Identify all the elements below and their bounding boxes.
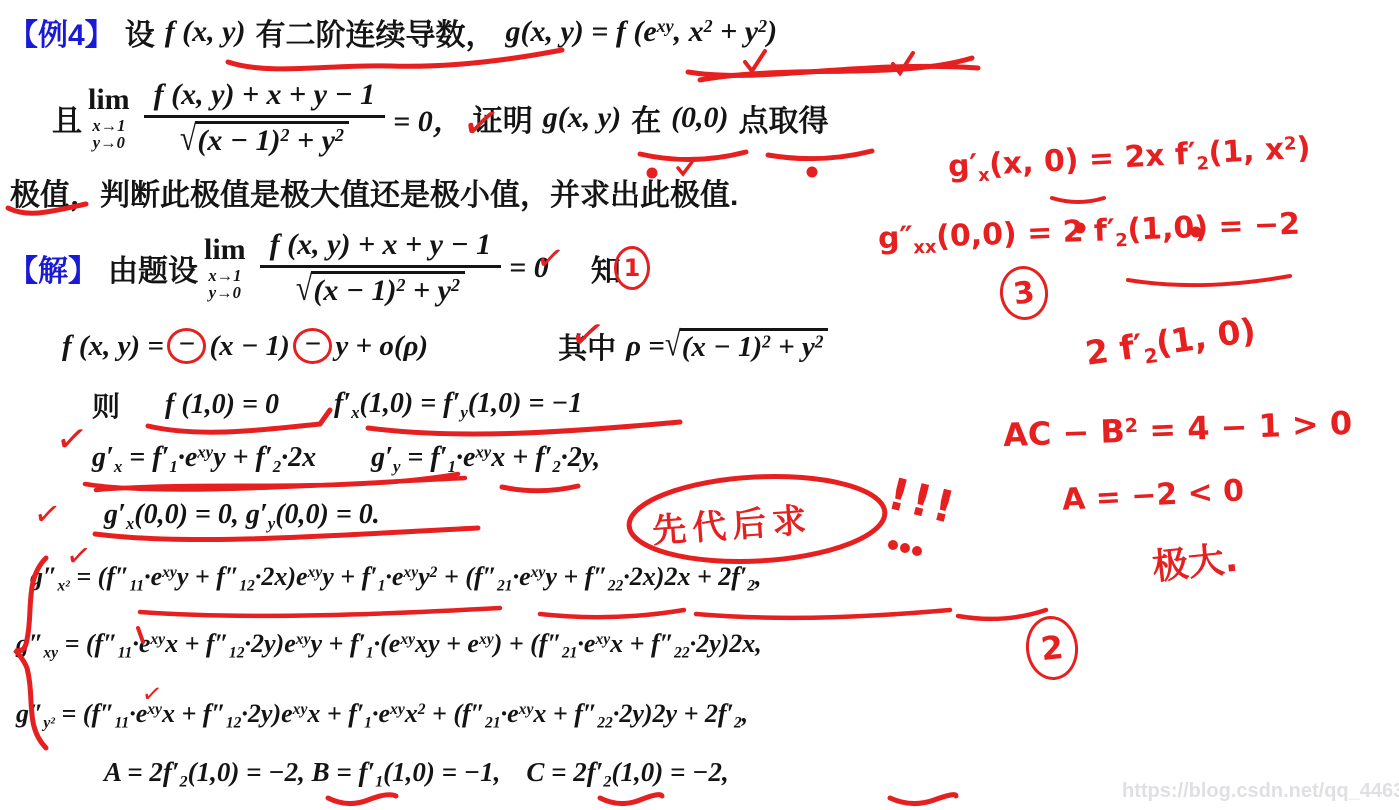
handwritten-maximum: 极大. — [1150, 531, 1241, 591]
solution-line-6: g″x² = (f″11·exyy + f″12·2x)exyy + f′1·e… — [30, 562, 762, 595]
math-gxy: g(x, y) — [543, 101, 621, 135]
red-checkmark-5: ✓ — [32, 496, 63, 531]
radical-sign: √ — [180, 121, 196, 157]
fraction-denominator: √ (x − 1)2 + y2 — [180, 118, 349, 159]
solution-line-9: A = 2f′2(1,0) = −2, B = f′1(1,0) = −1, C… — [104, 757, 729, 792]
problem-line-1: 【例4】 设 f (x, y) 有二阶连续导数， g(x, y) = f (ex… — [8, 10, 777, 54]
radical-2-body: (x − 1)2 + y2 — [311, 271, 465, 309]
red-underline-gxx-3 — [696, 610, 950, 618]
math-gxy-second: g″xy = (f″11·exyx + f″12·2y)exyy + f′1·(… — [16, 629, 762, 662]
radical: √ (x − 1)2 + y2 — [180, 121, 349, 159]
solution-line-4: g′x = f′1·exyy + f′2·2x g′y = f′1·exyx +… — [92, 442, 600, 477]
math-g-definition: g(x, y) = f (exy, x2 + y2) — [505, 15, 777, 49]
handwritten-gxx-00: g″xx(0,0) = 2 f′2(1,0) = −2 — [877, 207, 1300, 260]
fraction-2: f (x, y) + x + y − 1 √ (x − 1)2 + y2 — [260, 228, 501, 309]
math-partials: f′x(1,0) = f′y(1,0) = −1 — [334, 388, 582, 423]
handwritten-a-negative: A = −2 < 0 — [1061, 473, 1245, 517]
math-gy-prime: g′y = f′1·exyx + f′2·2y, — [371, 442, 600, 477]
red-check-gdef-2 — [893, 53, 913, 73]
math-A-B: A = 2f′2(1,0) = −2, B = f′1(1,0) = −1, — [104, 757, 500, 792]
circled-number-1: 1 — [614, 246, 650, 290]
solution-line-7: g″xy = (f″11·exyx + f″12·2y)exyy + f′1·(… — [16, 629, 762, 662]
red-underline-hw-f2 — [1128, 276, 1290, 285]
math-x-minus-1: (x − 1) — [209, 330, 289, 363]
red-checkmark-1: ✓ — [458, 97, 504, 149]
solution-line-1: 【解】 由题设 lim x→1 y→0 f (x, y) + x + y − 1… — [8, 222, 621, 314]
solution-line-3: 则 f (1,0) = 0 f′x(1,0) = f′y(1,0) = −1 — [92, 385, 582, 425]
red-underline-gx-1 — [85, 478, 465, 490]
red-checkmark-3: ✓ — [567, 311, 609, 358]
radical-3-sign: √ — [665, 328, 681, 363]
limit-sub-y-2: y→0 — [209, 285, 241, 302]
red-bang-dot-3 — [915, 549, 920, 554]
red-checkmark-7: ✓ — [140, 681, 163, 708]
red-checkmark-6: ✓ — [64, 540, 93, 573]
math-f-expansion-lhs: f (x, y) = — [62, 330, 164, 363]
solution-line-5: g′x(0,0) = 0, g′y(0,0) = 0. — [104, 499, 380, 534]
text-from-given: 由题设 — [108, 246, 198, 290]
math-rho-equals: ρ = — [626, 330, 665, 363]
limit-word: lim — [88, 85, 130, 115]
red-underline-gxx-1 — [140, 608, 500, 616]
problem-line-2: 且 lim x→1 y→0 f (x, y) + x + y − 1 √ (x … — [52, 70, 829, 166]
math-gx-gy-zero: g′x(0,0) = 0, g′y(0,0) = 0. — [104, 499, 380, 534]
math-gyy: g″y² = (f″11·exyx + f″12·2y)exyx + f′1·e… — [16, 699, 748, 732]
math-equals-zero: = 0， — [393, 96, 463, 140]
red-underline-hw-2x — [1052, 198, 1104, 202]
radical-3: √ (x − 1)2 + y2 — [665, 328, 829, 364]
text-attains: 点取得 — [739, 96, 829, 140]
fraction-numerator: f (x, y) + x + y − 1 — [144, 78, 385, 119]
red-bang-dot-1 — [891, 543, 896, 548]
circled-minus-2: − — [293, 328, 333, 364]
limit-sub-y: y→0 — [93, 135, 125, 152]
math-y-little-o: y + o(ρ) — [335, 330, 428, 363]
solution-tag: 【解】 — [8, 246, 98, 290]
handwritten-substitute-first: 先代后求 — [650, 492, 813, 552]
limit-subscript: x→1 y→0 — [92, 118, 125, 151]
limit-block-2: lim x→1 y→0 — [204, 235, 246, 301]
handwritten-ac-b2: AC − B2 = 4 − 1 > 0 — [1002, 404, 1352, 454]
red-wavy-C-value — [890, 795, 956, 804]
fraction-2-numerator: f (x, y) + x + y − 1 — [260, 228, 501, 269]
red-underline-gy — [502, 486, 578, 491]
watermark: https://blog.csdn.net/qq_44631615 — [1122, 780, 1399, 803]
math-gx-prime: g′x = f′1·exyy + f′2·2x — [92, 442, 316, 477]
text-zai: 在 — [631, 96, 661, 140]
red-checkmark-4: ✓ — [54, 418, 91, 460]
text-she: 设 — [125, 10, 155, 54]
handwritten-gx-x0: g′x(x, 0) = 2x f′2(1, x2) — [947, 131, 1311, 188]
limit-block: lim x→1 y→0 — [88, 85, 130, 151]
circled-minus-1: − — [167, 328, 207, 364]
lecture-slide: 【例4】 设 f (x, y) 有二阶连续导数， g(x, y) = f (ex… — [0, 0, 1399, 810]
red-dot-2 — [809, 169, 815, 175]
math-point: (0,0) — [671, 101, 728, 135]
example-tag: 【例4】 — [8, 10, 115, 54]
text-qie: 且 — [52, 96, 82, 140]
radical-3-body: (x − 1)2 + y2 — [680, 328, 829, 364]
math-fxy: f (x, y) — [165, 15, 246, 49]
handwritten-exclamations: !!! — [883, 468, 962, 534]
problem-line-3: 极值，判断此极值是极大值还是极小值，并求出此极值. — [10, 170, 738, 214]
red-wavy-B-value — [600, 795, 662, 804]
handwritten-2f2: 2 f′2(1, 0) — [1083, 310, 1259, 376]
fraction-2-denominator: √ (x − 1)2 + y2 — [296, 268, 465, 309]
circled-number-2: 2 — [1023, 613, 1081, 682]
math-C: C = 2f′2(1,0) = −2, — [526, 757, 728, 792]
solution-line-2: f (x, y) = − (x − 1) − y + o(ρ) 其中 ρ = √… — [62, 320, 828, 372]
red-checkmark-2: ✓ — [534, 240, 567, 278]
fraction: f (x, y) + x + y − 1 √ (x − 1)2 + y2 — [144, 78, 385, 159]
text-then: 则 — [92, 385, 120, 425]
math-gxx: g″x² = (f″11·exyy + f″12·2x)exyy + f′1·e… — [30, 562, 762, 595]
red-underline-gxx-2 — [540, 610, 684, 617]
circled-number-3: 3 — [996, 263, 1051, 323]
red-underline-gxx-4 — [958, 610, 1046, 619]
limit-subscript-2: x→1 y→0 — [208, 268, 241, 301]
radical-2-sign: √ — [296, 271, 312, 307]
math-f10: f (1,0) = 0 — [165, 389, 279, 421]
text-extremum-question: 极值，判断此极值是极大值还是极小值，并求出此极值. — [10, 170, 738, 214]
radical-2: √ (x − 1)2 + y2 — [296, 271, 465, 309]
red-wavy-A-value — [328, 795, 396, 804]
red-bang-dot-2 — [903, 546, 908, 551]
red-check-gdef-1 — [745, 51, 765, 71]
solution-line-8: g″y² = (f″11·exyx + f″12·2y)exyx + f′1·e… — [16, 699, 748, 732]
radical-body: (x − 1)2 + y2 — [195, 121, 349, 159]
limit-word-2: lim — [204, 235, 246, 265]
text-condition: 有二阶连续导数， — [255, 10, 495, 54]
